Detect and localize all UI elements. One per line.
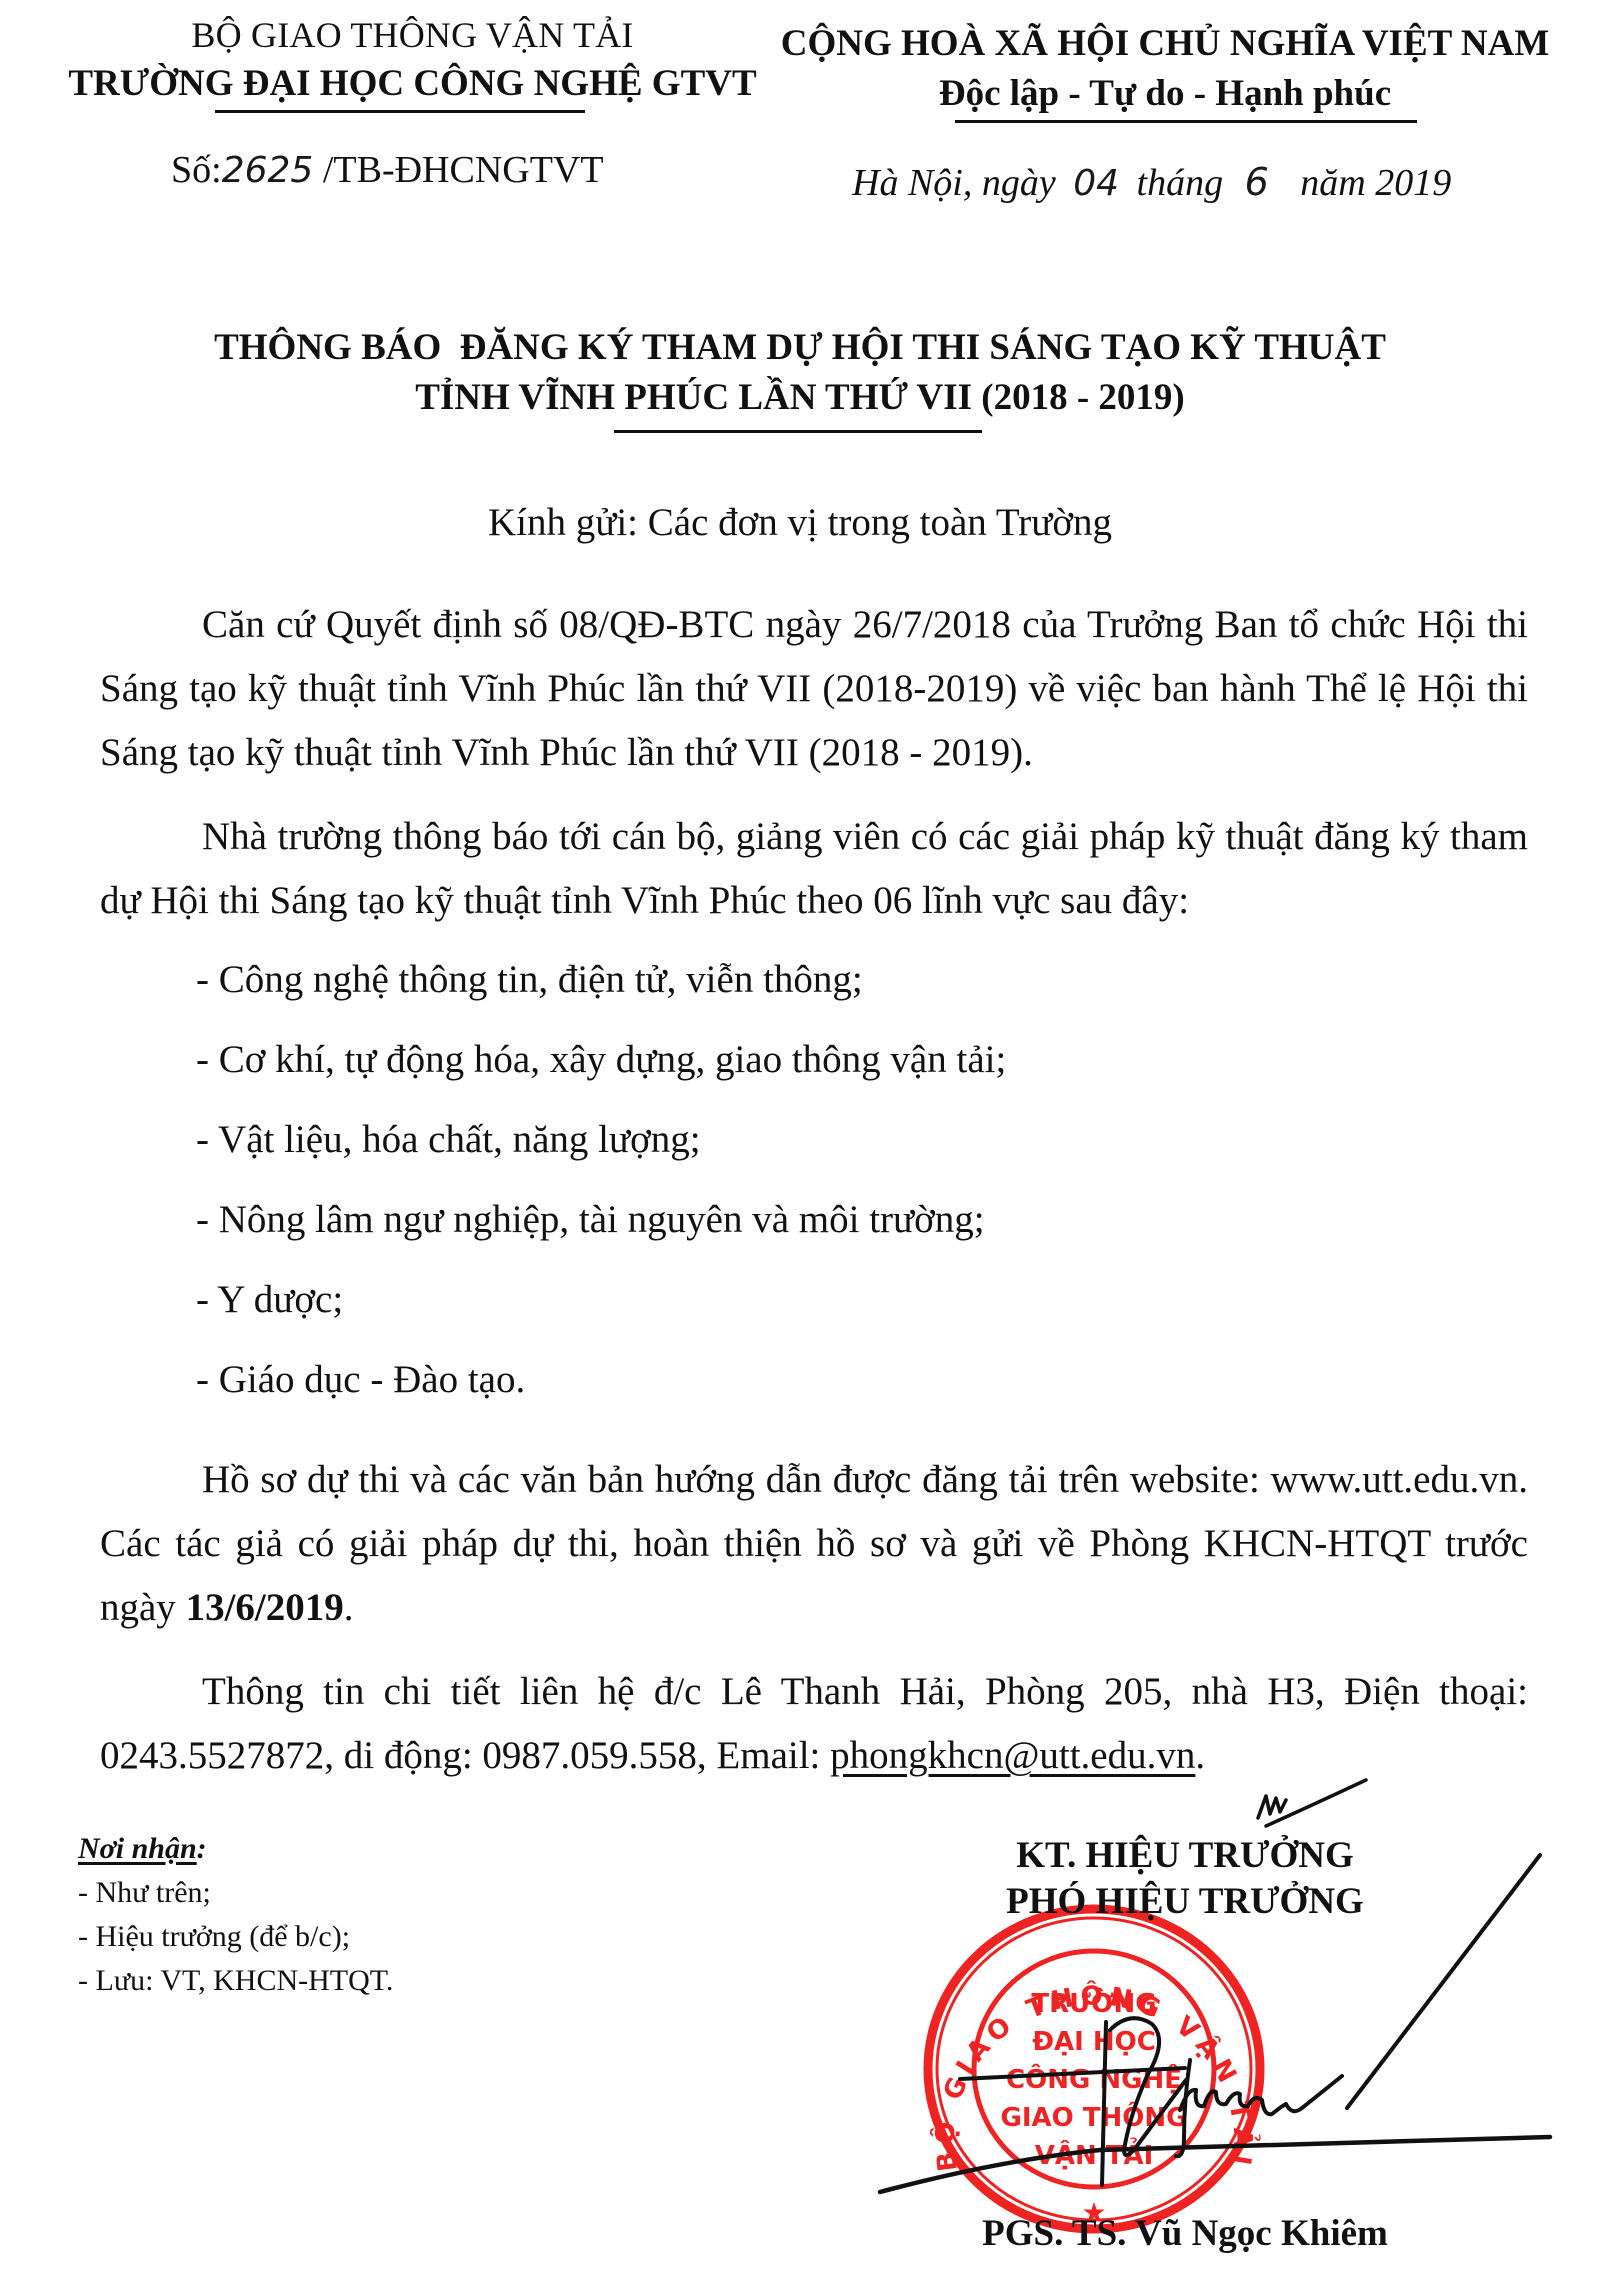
signature-title-position: PHÓ HIỆU TRƯỞNG bbox=[930, 1880, 1440, 1923]
document-number: Số:2625 /TB-ĐHCNGTVT bbox=[171, 148, 604, 192]
signatory-name: PGS. TS. Vũ Ngọc Khiêm bbox=[930, 2212, 1440, 2255]
paragraph-legal-basis: Căn cứ Quyết định số 08/QĐ-BTC ngày 26/7… bbox=[100, 593, 1528, 785]
paragraph-contact: Thông tin chi tiết liên hệ đ/c Lê Thanh … bbox=[100, 1660, 1528, 1788]
paragraph-announcement-text: Nhà trường thông báo tới cán bộ, giảng v… bbox=[100, 815, 1528, 922]
list-item: - Nông lâm ngư nghiệp, tài nguyên và môi… bbox=[196, 1197, 985, 1242]
stamp-inner-line: TRƯỜNG bbox=[1031, 1987, 1156, 2019]
recipients-label: Nơi nhận bbox=[78, 1832, 197, 1865]
university-underline bbox=[215, 110, 585, 113]
ministry-name: BỘ GIAO THÔNG VẬN TẢI bbox=[0, 14, 825, 56]
submission-deadline: 13/6/2019 bbox=[186, 1586, 344, 1629]
list-item: - Cơ khí, tự động hóa, xây dựng, giao th… bbox=[196, 1037, 1006, 1082]
document-number-handwritten: 2625 bbox=[222, 150, 314, 191]
official-stamp-icon: BỘ GIAO THÔNG VẬN TẢI TRƯỜNGĐẠI HỌCCÔNG … bbox=[928, 1909, 1262, 2229]
recipient-item: - Lưu: VT, KHCN-HTQT. bbox=[78, 1964, 393, 1998]
paragraph-contact-text: Thông tin chi tiết liên hệ đ/c Lê Thanh … bbox=[100, 1670, 1528, 1777]
date-month-label: tháng bbox=[1137, 162, 1224, 204]
document-number-suffix: /TB-ĐHCNGTVT bbox=[313, 149, 603, 191]
title-underline bbox=[614, 430, 982, 433]
svg-text:BỘ GIAO THÔNG VẬN TẢI: BỘ GIAO THÔNG VẬN TẢI bbox=[928, 1980, 1262, 2174]
paragraph-contact-end: . bbox=[1195, 1734, 1205, 1777]
date-month-handwritten: 6 bbox=[1245, 160, 1269, 204]
stamp-inner-line: GIAO THÔNG bbox=[1001, 2101, 1188, 2133]
list-item: - Giáo dục - Đào tạo. bbox=[196, 1357, 525, 1402]
recipients-colon: : bbox=[197, 1832, 207, 1865]
stamp-outer-text: BỘ GIAO THÔNG VẬN TẢI bbox=[928, 1980, 1262, 2174]
notice-title-line2: TỈNH VĨNH PHÚC LẦN THỨ VII (2018 - 2019) bbox=[0, 376, 1600, 419]
stamp-inner-line: ĐẠI HỌC bbox=[1032, 2027, 1156, 2057]
contact-email-link[interactable]: phongkhcn@utt.edu.vn bbox=[830, 1734, 1195, 1777]
motto-underline bbox=[955, 120, 1417, 123]
list-item: - Công nghệ thông tin, điện tử, viễn thô… bbox=[196, 957, 863, 1002]
list-item: - Vật liệu, hóa chất, năng lượng; bbox=[196, 1117, 701, 1162]
national-motto: Độc lập - Tự do - Hạnh phúc bbox=[760, 72, 1570, 115]
date-place: Hà Nội, ngày bbox=[852, 162, 1056, 204]
stamp-inner-line: VẬN TẢI bbox=[1035, 2136, 1154, 2171]
recipients-heading: Nơi nhận: bbox=[78, 1832, 207, 1866]
signature-title-acting: KT. HIỆU TRƯỞNG bbox=[930, 1834, 1440, 1877]
issue-date: Hà Nội, ngày 04 tháng 6 năm 2019 bbox=[852, 160, 1451, 205]
date-year: năm 2019 bbox=[1300, 162, 1451, 204]
stamp-inner-line: CÔNG NGHỆ bbox=[1006, 2063, 1182, 2095]
document-number-prefix: Số: bbox=[171, 149, 222, 191]
date-day-handwritten: 04 bbox=[1073, 163, 1119, 204]
paragraph-legal-basis-text: Căn cứ Quyết định số 08/QĐ-BTC ngày 26/7… bbox=[100, 603, 1528, 774]
university-name: TRƯỜNG ĐẠI HỌC CÔNG NGHỆ GTVT bbox=[0, 62, 825, 105]
paragraph-announcement: Nhà trường thông báo tới cán bộ, giảng v… bbox=[100, 805, 1528, 933]
paragraph-submission: Hồ sơ dự thi và các văn bản hướng dẫn đư… bbox=[100, 1448, 1528, 1640]
notice-title-line1: THÔNG BÁO ĐĂNG KÝ THAM DỰ HỘI THI SÁNG T… bbox=[0, 326, 1600, 369]
list-item: - Y dược; bbox=[196, 1277, 343, 1322]
recipient-item: - Hiệu trưởng (để b/c); bbox=[78, 1920, 350, 1954]
salutation: Kính gửi: Các đơn vị trong toàn Trường bbox=[0, 500, 1600, 545]
country-name: CỘNG HOÀ XÃ HỘI CHỦ NGHĨA VIỆT NAM bbox=[760, 22, 1570, 65]
recipient-item: - Như trên; bbox=[78, 1876, 211, 1910]
paragraph-submission-end: . bbox=[344, 1586, 354, 1629]
